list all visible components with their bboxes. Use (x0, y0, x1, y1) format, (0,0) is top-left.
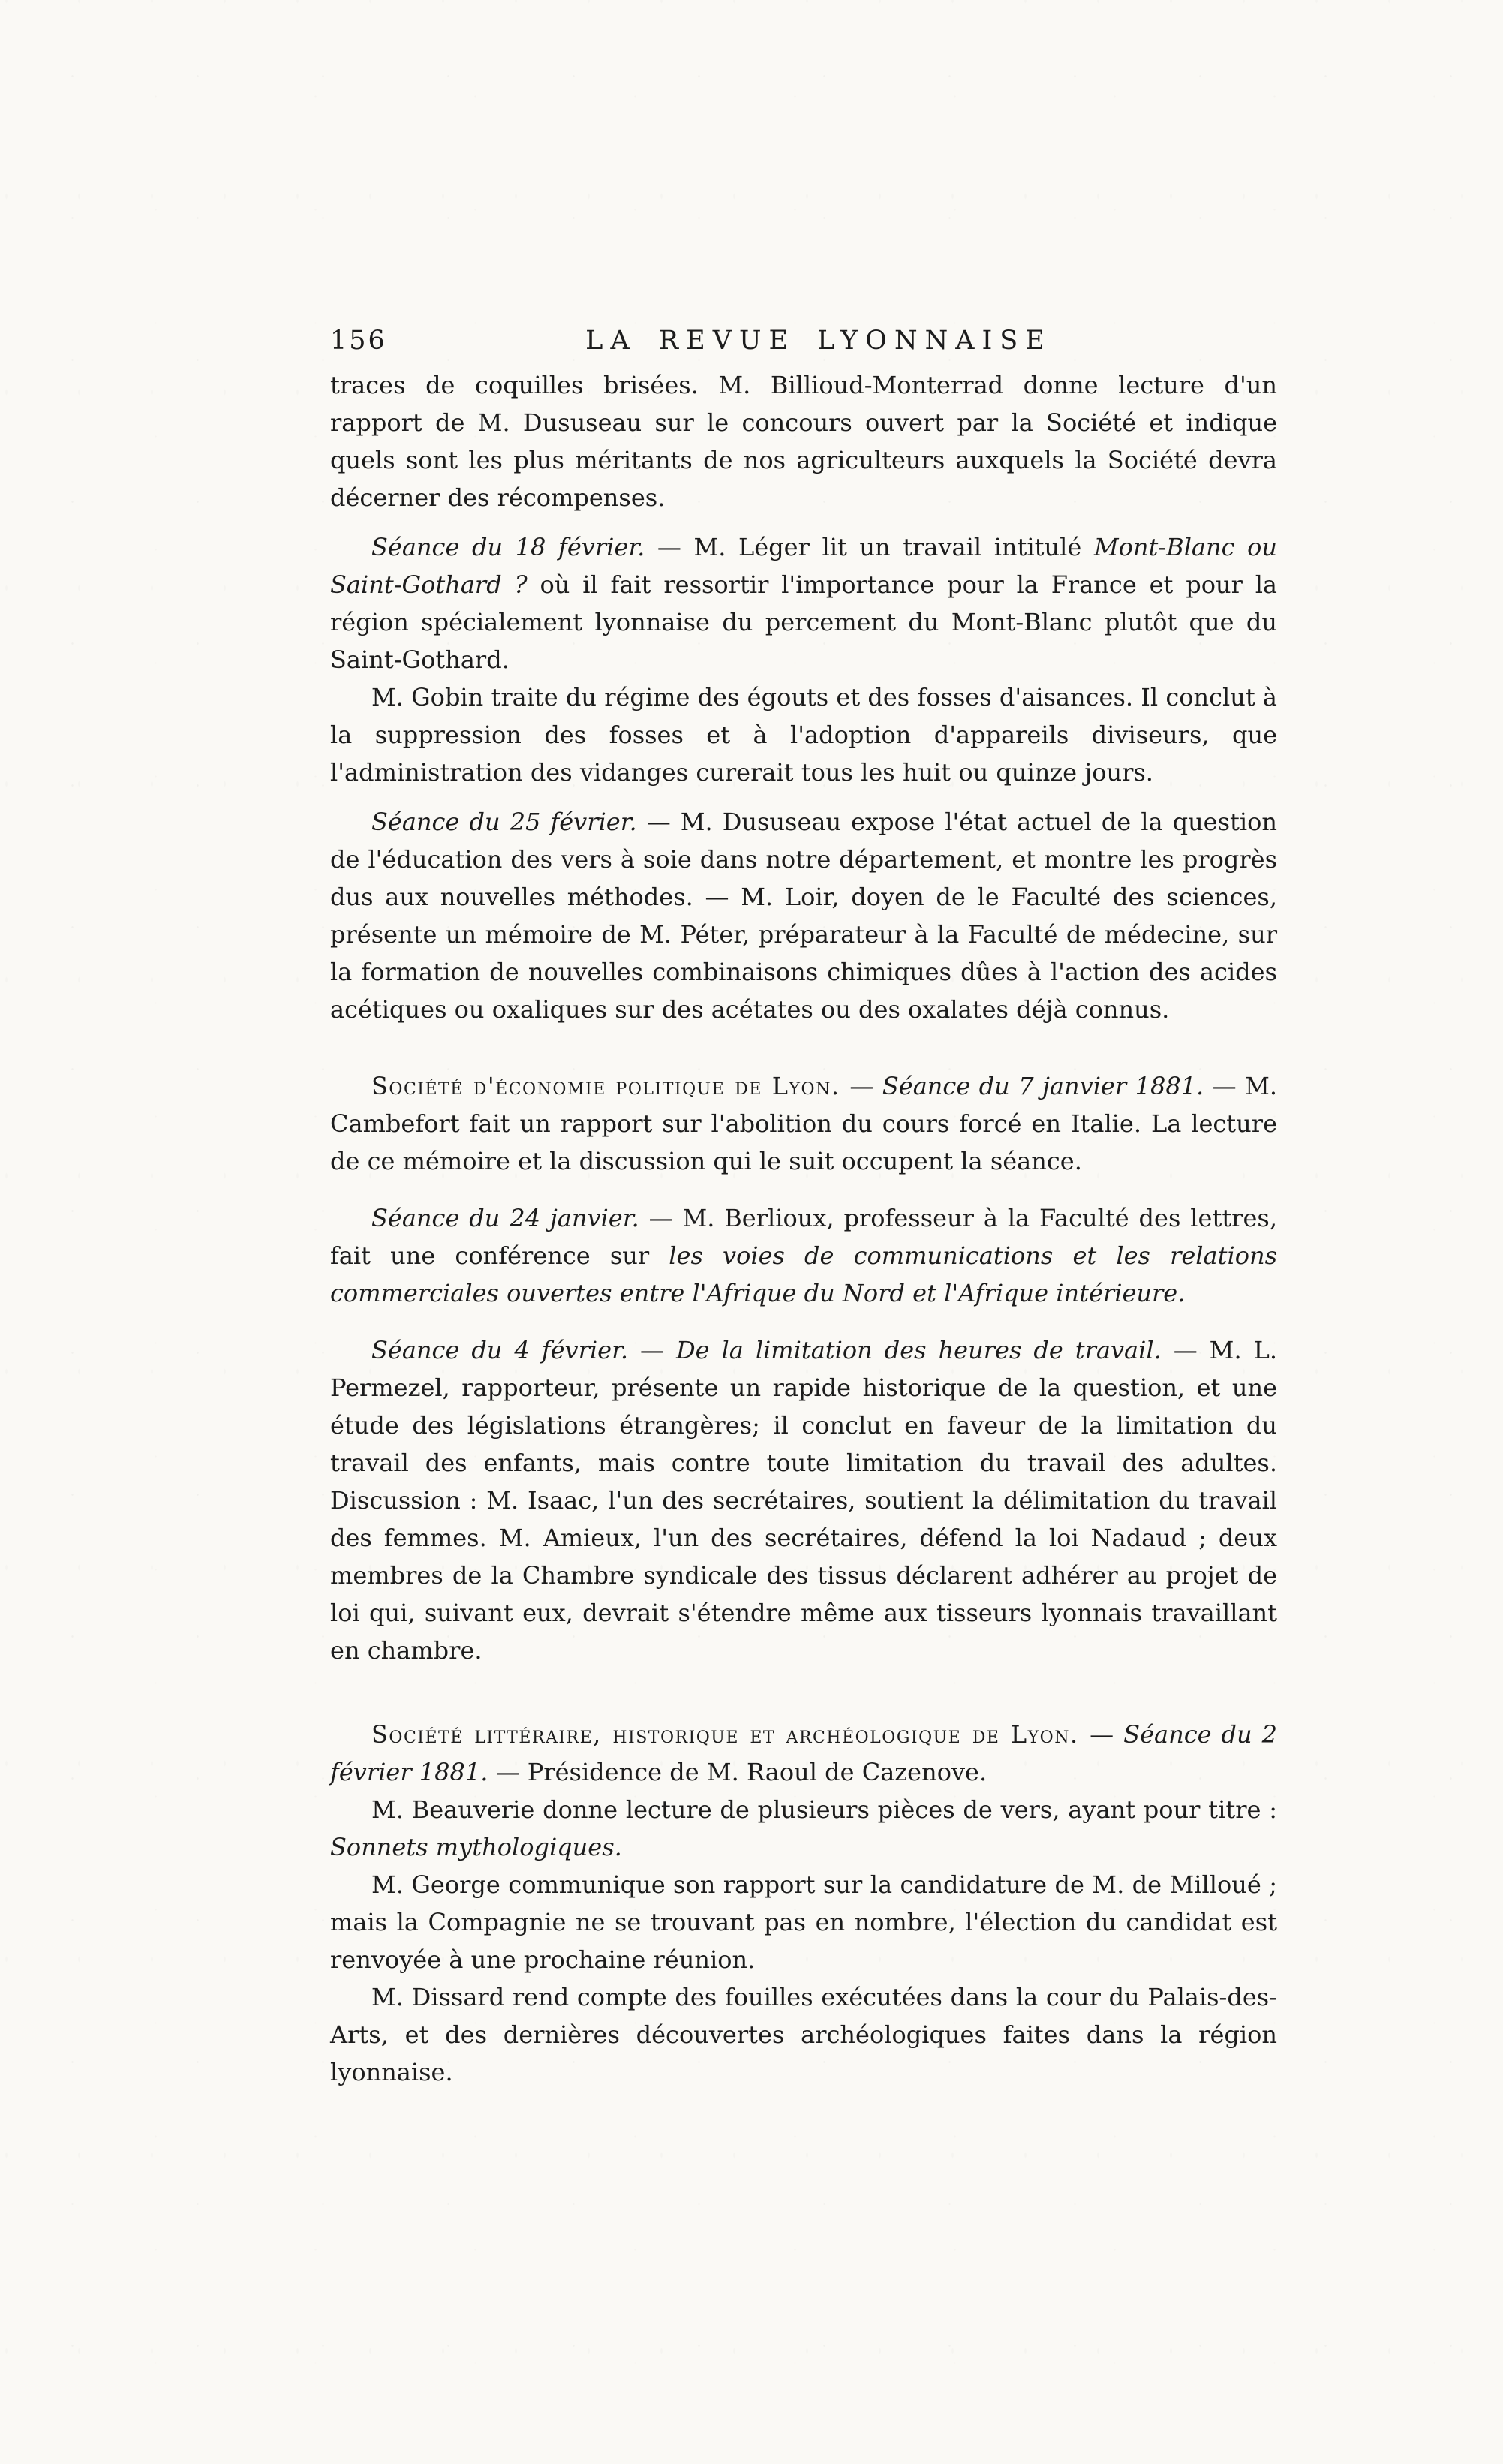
text-run: M. Gobin traite du régime des égouts et … (330, 683, 1277, 787)
text-run: — (849, 1072, 882, 1100)
text-run: traces de coquilles brisées. M. Billioud… (330, 371, 1277, 512)
text-run: Sonnets mythologiques. (330, 1833, 622, 1861)
text-run: Société d'économie politique de Lyon. (371, 1072, 849, 1100)
paragraph: M. George communique son rapport sur la … (330, 1866, 1277, 1978)
text-run: M. Beauverie donne lecture de plusieurs … (371, 1795, 1277, 1824)
text-run: — M. Dususeau expose l'état actuel de la… (330, 808, 1277, 1024)
paragraph: traces de coquilles brisées. M. Billioud… (330, 366, 1277, 516)
text-run: — (1090, 1720, 1123, 1749)
text-run: Séance du 25 février. (371, 808, 647, 836)
paragraph: Société d'économie politique de Lyon. — … (330, 1067, 1277, 1180)
paragraph: Séance du 25 février. — M. Dususeau expo… (330, 803, 1277, 1028)
text-run: Séance du 24 janvier. (371, 1204, 649, 1232)
text-run: — Présidence de M. Raoul de Cazenove. (496, 1758, 987, 1786)
scanned-page: { "page": { "colors": { "paper": "#faf9f… (0, 0, 1503, 2464)
paragraph: Séance du 4 février. — De la limitation … (330, 1331, 1277, 1669)
paragraph: Séance du 18 février. — M. Léger lit un … (330, 528, 1277, 678)
paragraph: M. Dissard rend compte des fouilles exéc… (330, 1978, 1277, 2091)
text-run: — M. L. Permezel, rapporteur, présente u… (330, 1336, 1277, 1665)
text-run: Séance du 7 janvier 1881. (882, 1072, 1213, 1100)
text-run: Séance du 18 février. (371, 533, 657, 561)
text-run: — (640, 1336, 676, 1364)
text-run: De la limitation des heures de travail. (676, 1336, 1174, 1364)
page-number: 156 (330, 321, 387, 360)
paragraph: M. Beauverie donne lecture de plusieurs … (330, 1791, 1277, 1866)
content: traces de coquilles brisées. M. Billioud… (330, 366, 1277, 2091)
running-title: LA REVUE LYONNAISE (330, 321, 1277, 360)
text-run: Société littéraire, historique et archéo… (371, 1720, 1090, 1749)
page-header: 156 LA REVUE LYONNAISE (330, 321, 1277, 360)
text-run: M. George communique son rapport sur la … (330, 1870, 1277, 1974)
text-run: — M. Léger lit un travail intitulé (657, 533, 1094, 561)
text-run: Séance du 4 février. (371, 1336, 640, 1364)
paragraph: Séance du 24 janvier. — M. Berlioux, pro… (330, 1199, 1277, 1312)
text-run: M. Dissard rend compte des fouilles exéc… (330, 1983, 1277, 2086)
paragraph: Société littéraire, historique et archéo… (330, 1716, 1277, 1791)
paragraph: M. Gobin traite du régime des égouts et … (330, 678, 1277, 791)
